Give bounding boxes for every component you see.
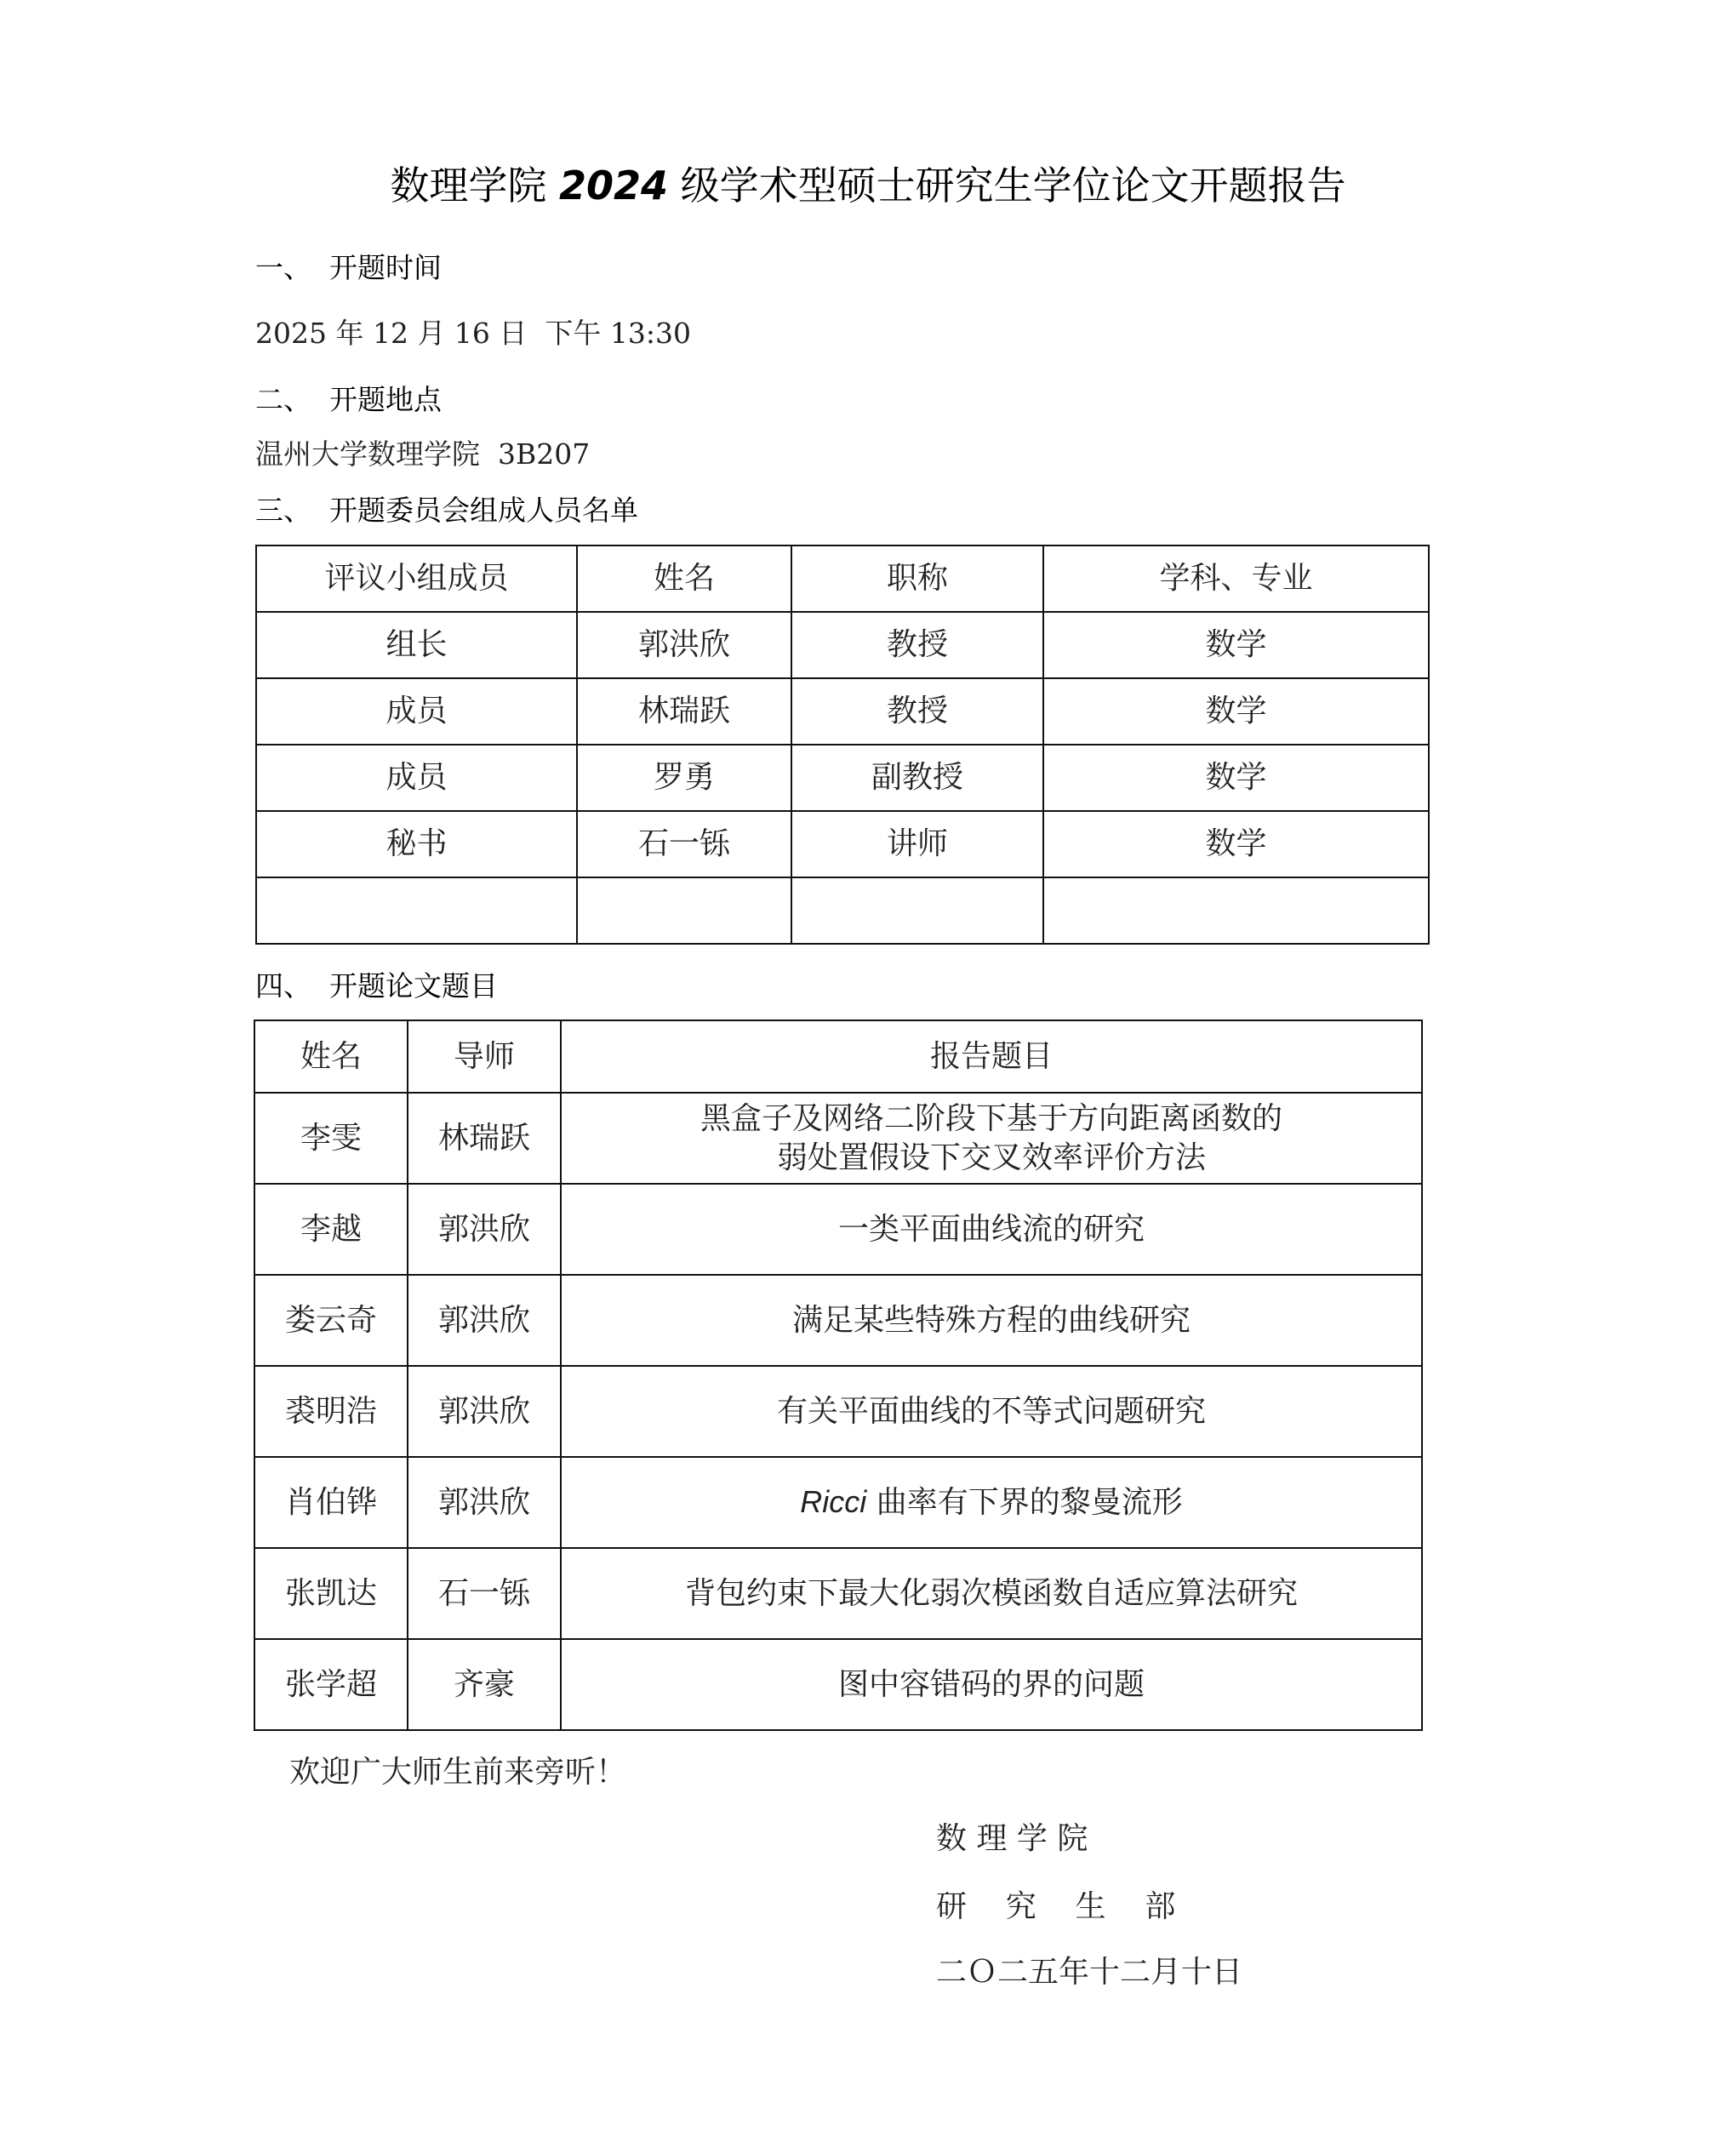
committee-name: 罗勇	[577, 745, 791, 811]
thesis-header-topic: 报告题目	[561, 1020, 1422, 1093]
committee-title: 讲师	[791, 811, 1043, 877]
thesis-row: 娄云奇 郭洪欣 满足某些特殊方程的曲线研究	[254, 1275, 1422, 1366]
thesis-topic: 有关平面曲线的不等式问题研究	[561, 1366, 1422, 1457]
advisor-name: 郭洪欣	[408, 1457, 561, 1548]
advisor-name: 齐豪	[408, 1639, 561, 1730]
advisor-name: 郭洪欣	[408, 1366, 561, 1457]
committee-role	[256, 877, 577, 944]
student-name: 李越	[254, 1184, 408, 1275]
committee-name: 郭洪欣	[577, 612, 791, 678]
committee-row: 成员 罗勇 副教授 数学	[256, 745, 1429, 811]
committee-role: 成员	[256, 745, 577, 811]
thesis-row: 肖伯铧 郭洪欣 Ricci 曲率有下界的黎曼流形	[254, 1457, 1422, 1548]
thesis-table: 姓名 导师 报告题目 李雯 林瑞跃 黑盒子及网络二阶段下基于方向距离函数的 弱处…	[254, 1020, 1423, 1731]
title-prefix: 数理学院	[390, 163, 546, 208]
thesis-topic: 满足某些特殊方程的曲线研究	[561, 1275, 1422, 1366]
thesis-topic: 图中容错码的界的问题	[561, 1639, 1422, 1730]
thesis-topic: Ricci 曲率有下界的黎曼流形	[561, 1457, 1422, 1548]
thesis-topic: 黑盒子及网络二阶段下基于方向距离函数的 弱处置假设下交叉效率评价方法	[561, 1093, 1422, 1184]
thesis-header-name: 姓名	[254, 1020, 408, 1093]
advisor-name: 郭洪欣	[408, 1275, 561, 1366]
committee-discipline: 数学	[1043, 745, 1429, 811]
student-name: 肖伯铧	[254, 1457, 408, 1548]
committee-row: 秘书 石一铄 讲师 数学	[256, 811, 1429, 877]
committee-row: 成员 林瑞跃 教授 数学	[256, 678, 1429, 745]
committee-table: 评议小组成员 姓名 职称 学科、专业 组长 郭洪欣 教授 数学 成员 林瑞跃 教…	[255, 545, 1430, 945]
committee-discipline: 数学	[1043, 612, 1429, 678]
committee-header-name: 姓名	[577, 545, 791, 612]
committee-discipline: 数学	[1043, 811, 1429, 877]
student-name: 裘明浩	[254, 1366, 408, 1457]
thesis-topic: 一类平面曲线流的研究	[561, 1184, 1422, 1275]
committee-header-discipline: 学科、专业	[1043, 545, 1429, 612]
committee-title: 副教授	[791, 745, 1043, 811]
committee-role: 成员	[256, 678, 577, 745]
committee-role: 组长	[256, 612, 577, 678]
student-name: 张学超	[254, 1639, 408, 1730]
thesis-row: 李雯 林瑞跃 黑盒子及网络二阶段下基于方向距离函数的 弱处置假设下交叉效率评价方…	[254, 1093, 1422, 1184]
advisor-name: 郭洪欣	[408, 1184, 561, 1275]
committee-discipline	[1043, 877, 1429, 944]
thesis-header-row: 姓名 导师 报告题目	[254, 1020, 1422, 1093]
thesis-topic: 背包约束下最大化弱次模函数自适应算法研究	[561, 1548, 1422, 1639]
committee-title	[791, 877, 1043, 944]
committee-row-empty	[256, 877, 1429, 944]
committee-header-role: 评议小组成员	[256, 545, 577, 612]
thesis-header-advisor: 导师	[408, 1020, 561, 1093]
advisor-name: 石一铄	[408, 1548, 561, 1639]
signature-org: 数 理 学 院	[936, 1819, 1088, 1859]
thesis-topic-text: 曲率有下界的黎曼流形	[866, 1485, 1182, 1520]
committee-discipline: 数学	[1043, 678, 1429, 745]
committee-name: 石一铄	[577, 811, 791, 877]
committee-row: 组长 郭洪欣 教授 数学	[256, 612, 1429, 678]
opening-location-value: 温州大学数理学院 3B207	[255, 436, 590, 473]
committee-header-title: 职称	[791, 545, 1043, 612]
signature-dept: 研 究 生 部	[936, 1888, 1175, 1927]
signature-date: 二Ｏ二五年十二月十日	[936, 1953, 1242, 1992]
committee-role: 秘书	[256, 811, 577, 877]
section-heading-time: 一、 开题时间	[255, 249, 442, 287]
thesis-topic-line-1: 黑盒子及网络二阶段下基于方向距离函数的	[562, 1100, 1421, 1139]
committee-title: 教授	[791, 678, 1043, 745]
title-suffix: 级学术型硕士研究生学位论文开题报告	[681, 163, 1346, 208]
opening-time-value: 2025 年 12 月 16 日 下午 13:30	[255, 315, 691, 352]
student-name: 张凯达	[254, 1548, 408, 1639]
welcome-message: 欢迎广大师生前来旁听！	[289, 1753, 626, 1792]
advisor-name: 林瑞跃	[408, 1093, 561, 1184]
committee-header-row: 评议小组成员 姓名 职称 学科、专业	[256, 545, 1429, 612]
committee-title: 教授	[791, 612, 1043, 678]
student-name: 娄云奇	[254, 1275, 408, 1366]
section-heading-thesis: 四、 开题论文题目	[255, 968, 498, 1005]
thesis-row: 裘明浩 郭洪欣 有关平面曲线的不等式问题研究	[254, 1366, 1422, 1457]
thesis-row: 张凯达 石一铄 背包约束下最大化弱次模函数自适应算法研究	[254, 1548, 1422, 1639]
committee-name	[577, 877, 791, 944]
thesis-topic-line-2: 弱处置假设下交叉效率评价方法	[562, 1139, 1421, 1178]
section-heading-location: 二、 开题地点	[255, 381, 442, 419]
section-heading-committee: 三、 开题委员会组成人员名单	[255, 492, 638, 529]
thesis-row: 李越 郭洪欣 一类平面曲线流的研究	[254, 1184, 1422, 1275]
thesis-row: 张学超 齐豪 图中容错码的界的问题	[254, 1639, 1422, 1730]
committee-name: 林瑞跃	[577, 678, 791, 745]
document-title: 数理学院 2024 级学术型硕士研究生学位论文开题报告	[0, 160, 1736, 211]
thesis-topic-latin: Ricci	[800, 1484, 866, 1519]
student-name: 李雯	[254, 1093, 408, 1184]
title-year: 2024	[559, 163, 668, 208]
